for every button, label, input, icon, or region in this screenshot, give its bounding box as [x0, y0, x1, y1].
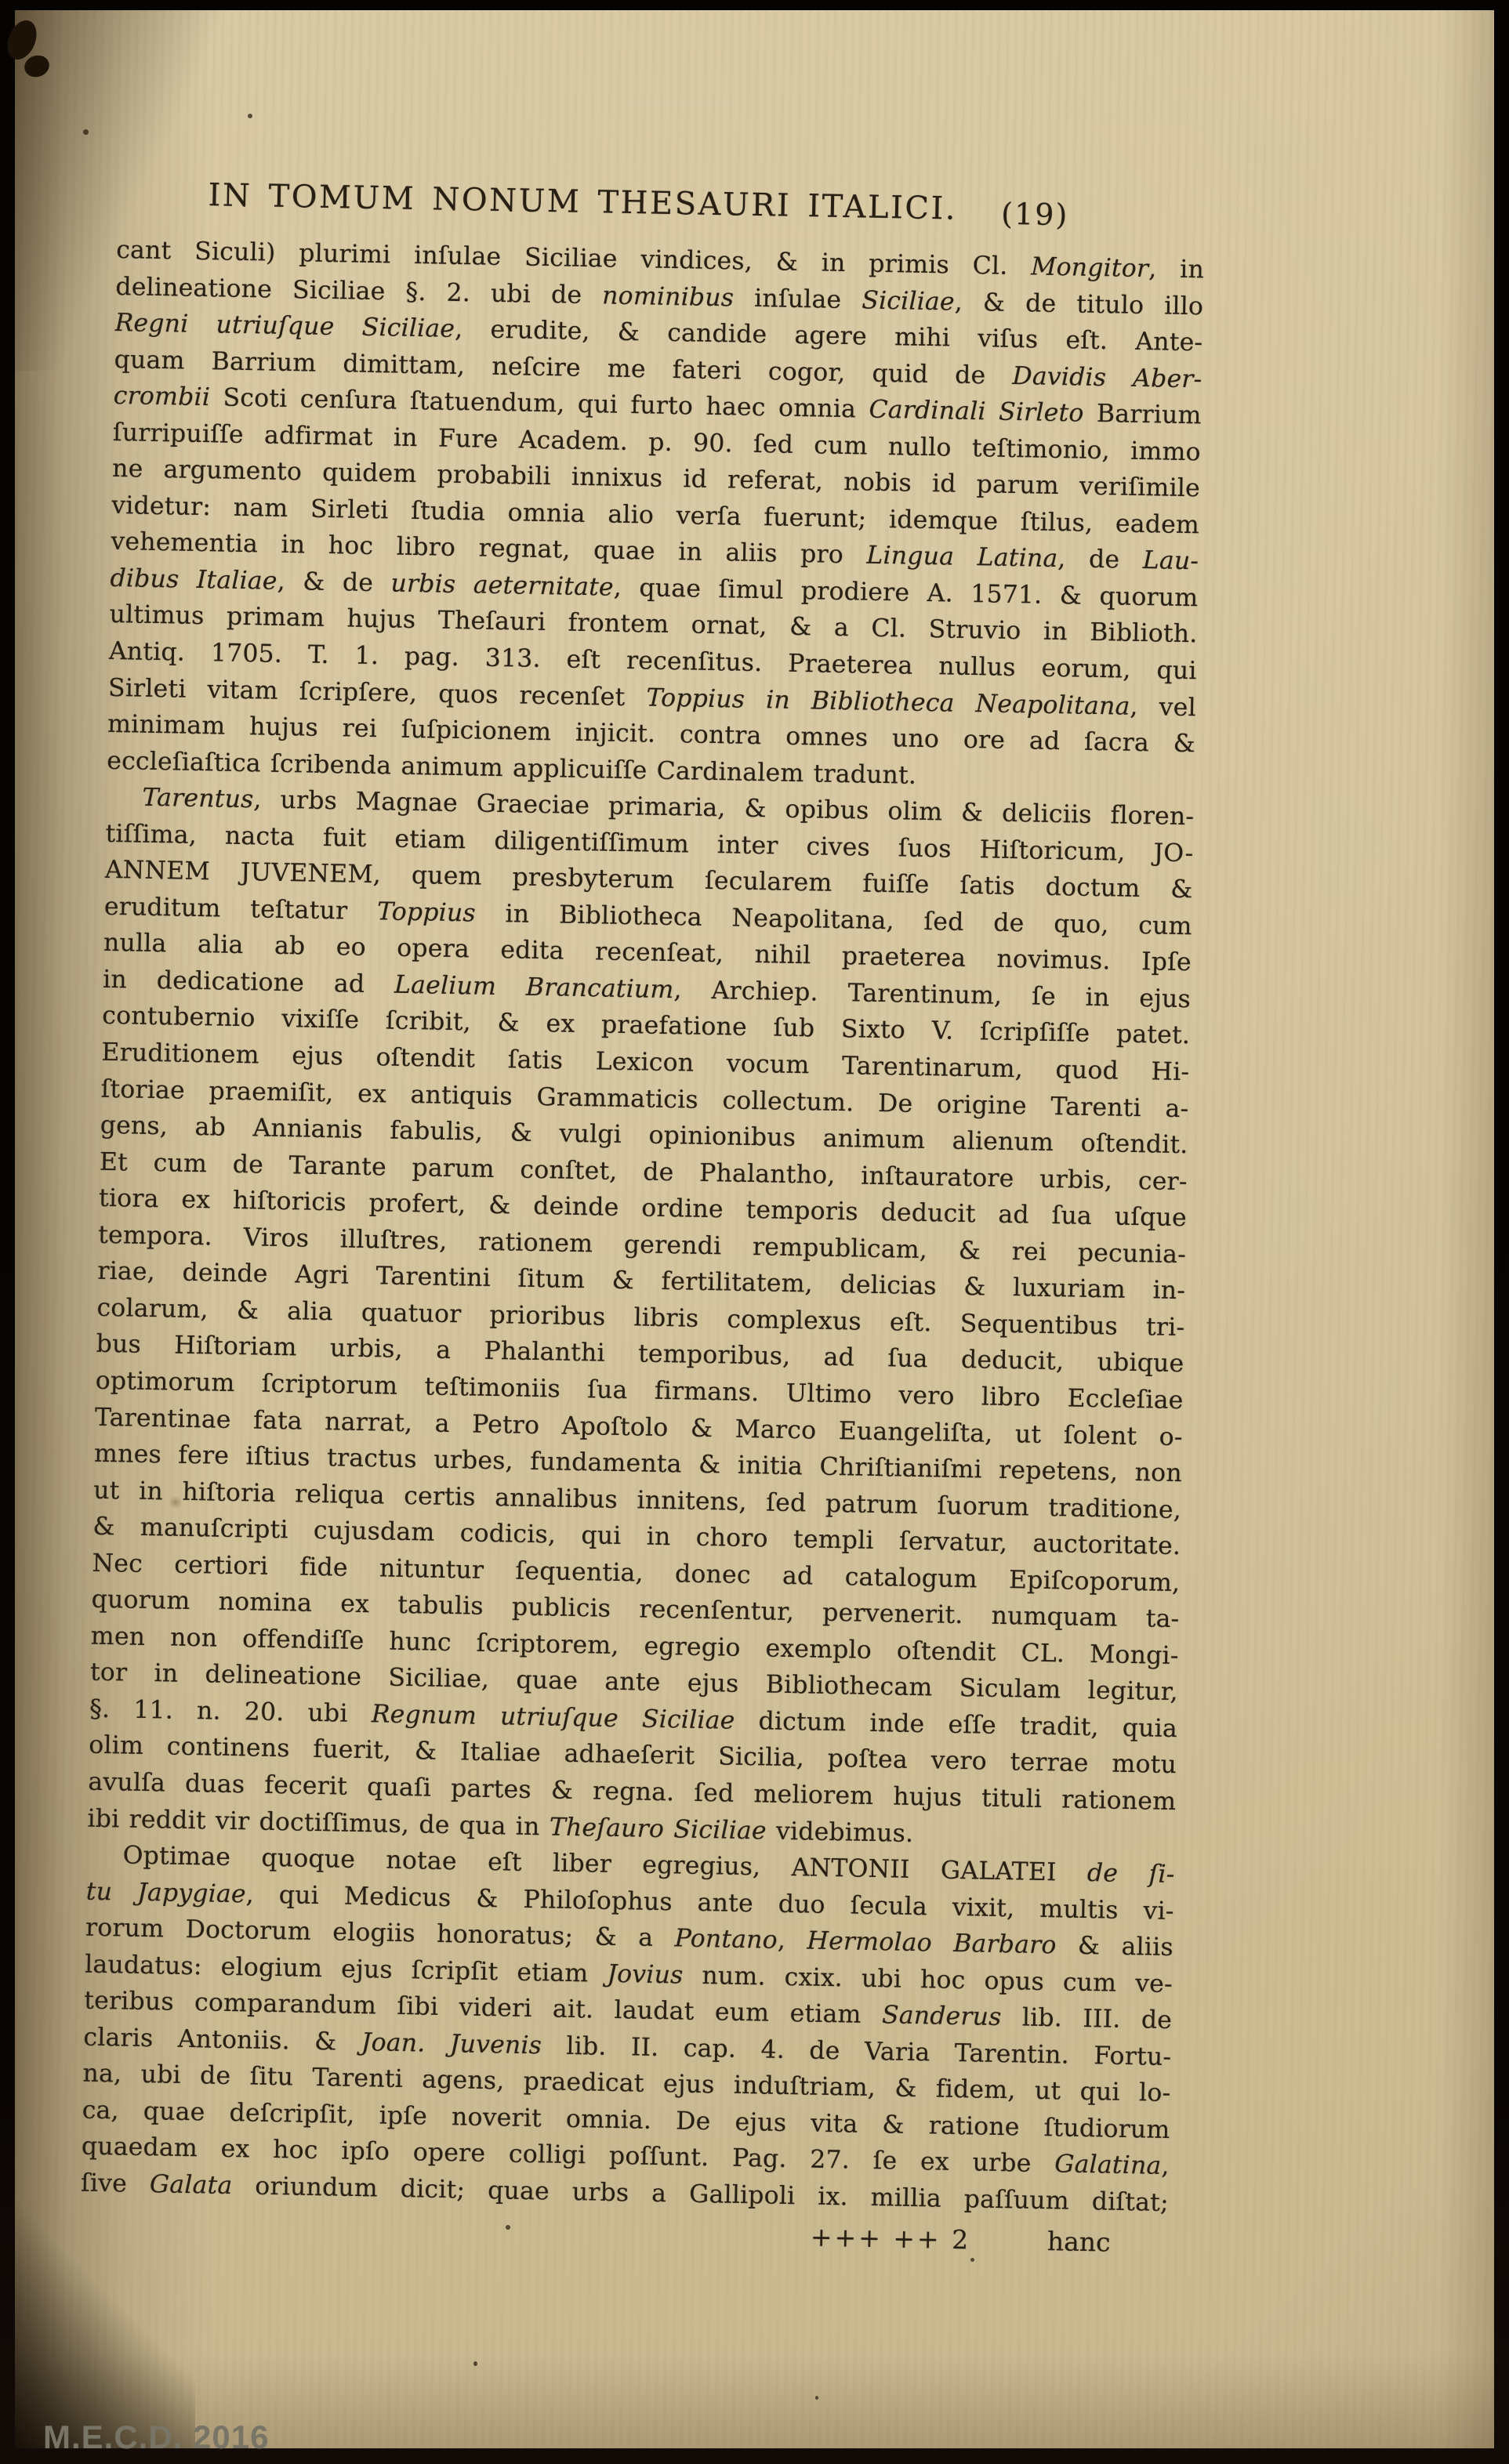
- text-segment: ibi reddit vir doctiſſimus, de qua in: [87, 1804, 550, 1841]
- italic-text-segment: Sanderus: [882, 2002, 1002, 2032]
- italic-text-segment: Joan. Juvenis: [361, 2028, 542, 2060]
- italic-text-segment: crombii: [114, 382, 211, 411]
- text-segment: rorum Doctorum elogiis honoratus; & a: [85, 1914, 675, 1953]
- text-segment: ,: [778, 1926, 807, 1955]
- text-segment: , & de titulo illo: [954, 288, 1203, 321]
- text-segment: laudatus: elogium ejus ſcripſit etiam: [85, 1950, 608, 1988]
- text-segment: , quae ſimul prodiere A. 1571. & quorum: [614, 574, 1199, 613]
- text-segment: lib. III. de: [1001, 2003, 1172, 2035]
- italic-text-segment: Toppius: [377, 897, 476, 927]
- italic-text-segment: de ſi-: [1087, 1859, 1175, 1889]
- page-right-edge-shadow: [1439, 10, 1494, 2448]
- ink-speck: [248, 114, 252, 118]
- italic-text-segment: Lau-: [1142, 546, 1199, 575]
- text-segment: Barrium: [1083, 400, 1202, 430]
- italic-text-segment: Regnum utriuſque Siciliae: [371, 1700, 735, 1734]
- text-segment: , Archiep. Tarentinum, ſe in ejus: [673, 976, 1191, 1013]
- italic-text-segment: Tarentus: [142, 784, 254, 814]
- text-segment: claris Antoniis. &: [83, 2023, 361, 2056]
- text-segment: inſulae: [734, 284, 862, 314]
- scan-background: IN TOMUM NONUM THESAURI ITALICI. (19) ca…: [0, 0, 1509, 2464]
- printed-text-block: IN TOMUM NONUM THESAURI ITALICI. (19) ca…: [80, 176, 1206, 2269]
- italic-text-segment: Mongitor: [1031, 252, 1149, 283]
- catchword: hanc: [1047, 2226, 1111, 2257]
- italic-text-segment: dibus Italiae: [110, 564, 277, 596]
- text-body: cant Siculi) plurimi inſulae Siciliae vi…: [81, 232, 1205, 2222]
- text-segment: , vel: [1130, 692, 1196, 722]
- page-number: (19): [1001, 197, 1069, 233]
- italic-text-segment: nominibus: [602, 281, 735, 312]
- italic-text-segment: Laelium Brancatium: [394, 971, 674, 1005]
- ink-speck: [473, 2361, 477, 2366]
- book-page: IN TOMUM NONUM THESAURI ITALICI. (19) ca…: [15, 10, 1494, 2448]
- page-header: IN TOMUM NONUM THESAURI ITALICI. (19): [117, 176, 1206, 239]
- text-segment: num. cxix. ubi hoc opus cum ve-: [683, 1961, 1173, 1998]
- text-segment: & aliis: [1056, 1931, 1173, 1962]
- italic-text-segment: Jovius: [607, 1960, 684, 1990]
- italic-text-segment: urbis aeternitate: [390, 569, 614, 601]
- text-segment: videbimus.: [766, 1817, 913, 1847]
- running-title: IN TOMUM NONUM THESAURI ITALICI.: [208, 177, 957, 227]
- italic-text-segment: Siciliae: [862, 286, 955, 316]
- text-segment: Sirleti vitam ſcripſere, quos recenſet: [108, 673, 647, 712]
- italic-text-segment: Galata: [150, 2170, 233, 2200]
- library-watermark: M.E.C.D. 2016: [43, 2419, 269, 2456]
- ink-speck: [815, 2396, 818, 2400]
- italic-text-segment: Theſauro Siciliae: [549, 1813, 767, 1845]
- signature-mark: +++ ++ 2: [811, 2221, 971, 2255]
- text-segment: ſive: [81, 2169, 151, 2199]
- italic-text-segment: Regni utriuſque Siciliae: [114, 309, 455, 343]
- italic-text-segment: tu Japygiae: [86, 1877, 247, 1908]
- italic-text-segment: Galatina: [1054, 2151, 1162, 2180]
- italic-text-segment: Hermolao Barbaro: [807, 1927, 1057, 1960]
- text-segment: , & de: [277, 567, 391, 598]
- text-segment: ,: [1161, 2152, 1170, 2180]
- text-segment: eruditum teſtatur: [104, 893, 378, 926]
- italic-text-segment: Cardinali Sirleto: [869, 396, 1084, 428]
- italic-text-segment: Toppius in Bibliotheca Neapolitana: [646, 683, 1130, 720]
- text-segment: , de: [1057, 545, 1143, 574]
- text-segment: in dedicatione ad: [103, 966, 395, 999]
- text-segment: delineatione Siciliae §. 2. ubi de: [115, 273, 602, 310]
- italic-text-segment: Lingua Latina: [866, 542, 1058, 573]
- text-segment: , in: [1148, 255, 1204, 284]
- italic-text-segment: Davidis Aber-: [1012, 362, 1202, 393]
- text-segment: dictum inde eſſe tradit, quia: [735, 1707, 1177, 1743]
- italic-text-segment: Pontano: [674, 1925, 778, 1955]
- page-corner-shadow: [15, 2198, 195, 2448]
- ink-speck: [83, 129, 89, 135]
- text-segment: §. 11. n. 20. ubi: [89, 1695, 372, 1729]
